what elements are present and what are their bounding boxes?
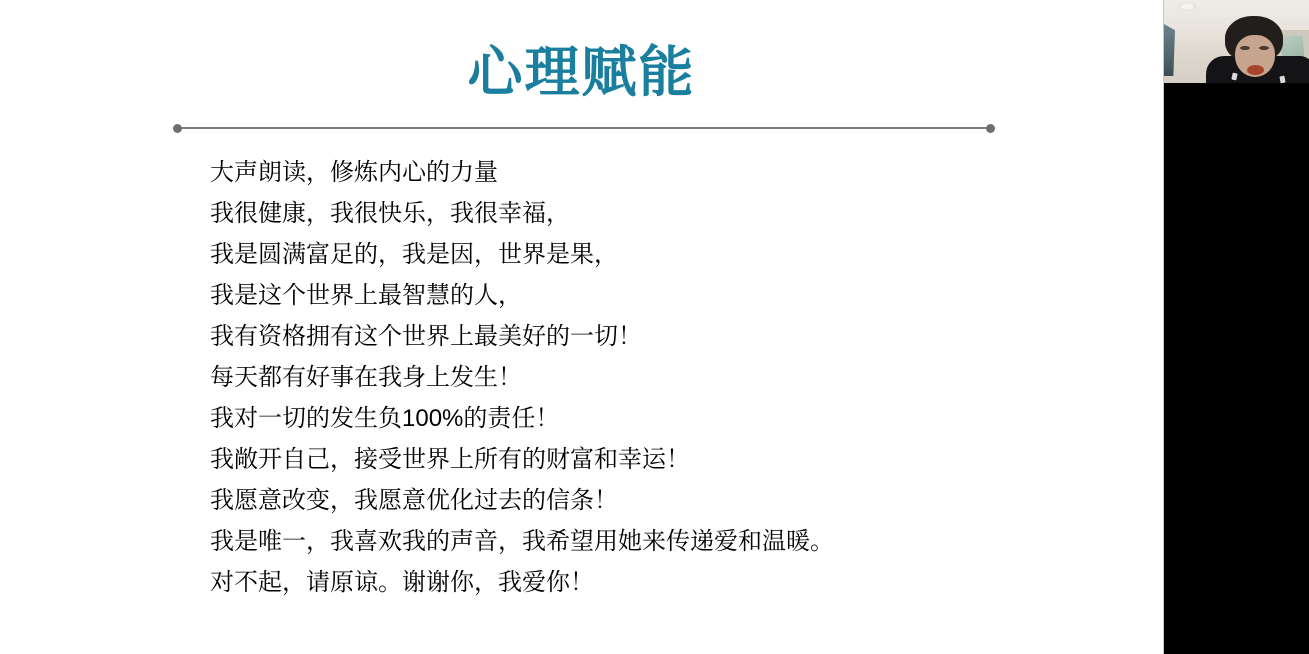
slide-text-line: 我是这个世界上最智慧的人，: [210, 275, 1110, 316]
slide-text-line: 我对一切的发生负100%的责任！: [210, 398, 1110, 439]
divider-left-dot: [173, 124, 182, 133]
slide-text-line: 我敞开自己，接受世界上所有的财富和幸运！: [210, 439, 1110, 480]
webcam-person-eyebrow: [1240, 46, 1250, 50]
slide-text-line: 我是圆满富足的，我是因，世界是果，: [210, 234, 1110, 275]
slide-text-line: 我是唯一，我喜欢我的声音，我希望用她来传递爱和温暖。: [210, 521, 1110, 562]
slide-text-line: 大声朗读，修炼内心的力量: [210, 152, 1110, 193]
webcam-window: [1164, 24, 1175, 76]
presenter-webcam-video[interactable]: [1164, 0, 1309, 83]
webcam-person-eyebrow: [1259, 46, 1269, 50]
divider-right-dot: [986, 124, 995, 133]
slide-text-line: 我有资格拥有这个世界上最美好的一切！: [210, 316, 1110, 357]
slide-text-line: 对不起，请原谅。谢谢你，我爱你！: [210, 562, 1110, 603]
slide-text-line: 我很健康，我很快乐，我很幸福，: [210, 193, 1110, 234]
conference-sidebar: [1163, 0, 1309, 654]
webcam-person-face: [1235, 35, 1275, 77]
webcam-jacket-zipper: [1231, 73, 1237, 81]
shared-slide: 心理赋能 大声朗读，修炼内心的力量 我很健康，我很快乐，我很幸福， 我是圆满富足…: [0, 0, 1163, 654]
slide-title: 心理赋能: [0, 28, 1163, 107]
webcam-jacket-zipper: [1279, 76, 1285, 83]
webcam-ceiling-light: [1178, 2, 1196, 11]
slide-text-line: 我愿意改变，我愿意优化过去的信条！: [210, 480, 1110, 521]
webcam-person-mouth: [1247, 65, 1264, 75]
video-conference-window: 心理赋能 大声朗读，修炼内心的力量 我很健康，我很快乐，我很幸福， 我是圆满富足…: [0, 0, 1309, 654]
slide-text-line: 每天都有好事在我身上发生！: [210, 357, 1110, 398]
sidebar-empty-area: [1164, 83, 1309, 654]
slide-body-text: 大声朗读，修炼内心的力量 我很健康，我很快乐，我很幸福， 我是圆满富足的，我是因…: [210, 152, 1110, 603]
title-divider-line: [177, 127, 991, 129]
